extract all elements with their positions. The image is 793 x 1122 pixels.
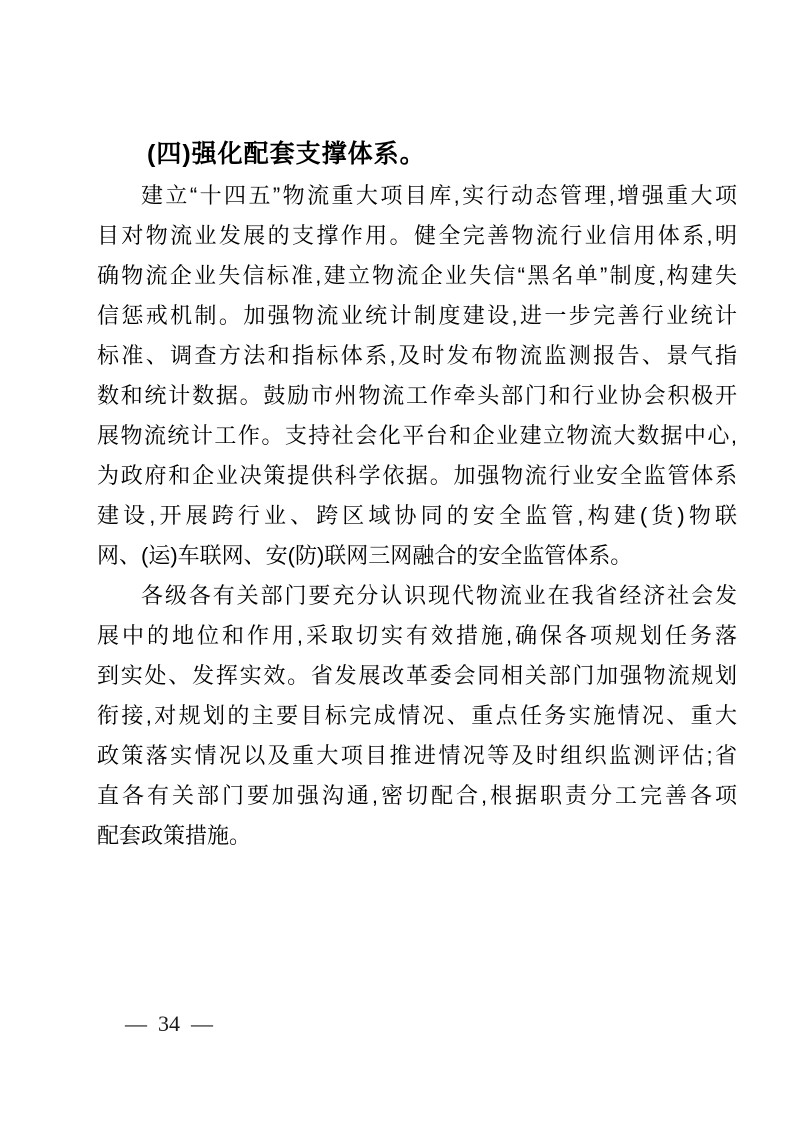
document-body: (四)强化配套支撑体系。 建立“十四五”物流重大项目库,实行动态管理,增强重大项…	[97, 132, 737, 856]
body-text-line: 网、(运)车联网、安(防)联网三网融合的安全监管体系。	[97, 536, 737, 576]
body-text-line: 目对物流业发展的支撑作用。健全完善物流行业信用体系,明	[97, 216, 737, 256]
body-text-line: 衔接,对规划的主要目标完成情况、重点任务实施情况、重大	[97, 696, 737, 736]
body-text-line: 配套政策措施。	[97, 816, 737, 856]
page-number-dash-right: —	[191, 1010, 213, 1038]
body-text-line: 直各有关部门要加强沟通,密切配合,根据职责分工完善各项	[97, 776, 737, 816]
page-number: — 34 —	[125, 1010, 213, 1038]
body-text-line: 各级各有关部门要充分认识现代物流业在我省经济社会发	[97, 576, 737, 616]
section-heading: (四)强化配套支撑体系。	[97, 132, 737, 176]
body-text-line: 数和统计数据。鼓励市州物流工作牵头部门和行业协会积极开	[97, 376, 737, 416]
paragraph-implementation: 各级各有关部门要充分认识现代物流业在我省经济社会发 展中的地位和作用,采取切实有…	[97, 576, 737, 856]
body-text-line: 建立“十四五”物流重大项目库,实行动态管理,增强重大项	[97, 176, 737, 216]
page-number-dash-left: —	[125, 1010, 147, 1038]
body-text-line: 建设,开展跨行业、跨区域协同的安全监管,构建(货)物联	[97, 496, 737, 536]
body-text-line: 展物流统计工作。支持社会化平台和企业建立物流大数据中心,	[97, 416, 737, 456]
body-text-line: 到实处、发挥实效。省发展改革委会同相关部门加强物流规划	[97, 656, 737, 696]
body-text-line: 展中的地位和作用,采取切实有效措施,确保各项规划任务落	[97, 616, 737, 656]
body-text-line: 标准、调查方法和指标体系,及时发布物流监测报告、景气指	[97, 336, 737, 376]
paragraph-support-system: 建立“十四五”物流重大项目库,实行动态管理,增强重大项 目对物流业发展的支撑作用…	[97, 176, 737, 576]
body-text-line: 信惩戒机制。加强物流业统计制度建设,进一步完善行业统计	[97, 296, 737, 336]
body-text-line: 确物流企业失信标准,建立物流企业失信“黑名单”制度,构建失	[97, 256, 737, 296]
document-page: (四)强化配套支撑体系。 建立“十四五”物流重大项目库,实行动态管理,增强重大项…	[0, 0, 793, 1122]
body-text-line: 政策落实情况以及重大项目推进情况等及时组织监测评估;省	[97, 736, 737, 776]
body-text-line: 为政府和企业决策提供科学依据。加强物流行业安全监管体系	[97, 456, 737, 496]
page-number-value: 34	[158, 1010, 180, 1038]
